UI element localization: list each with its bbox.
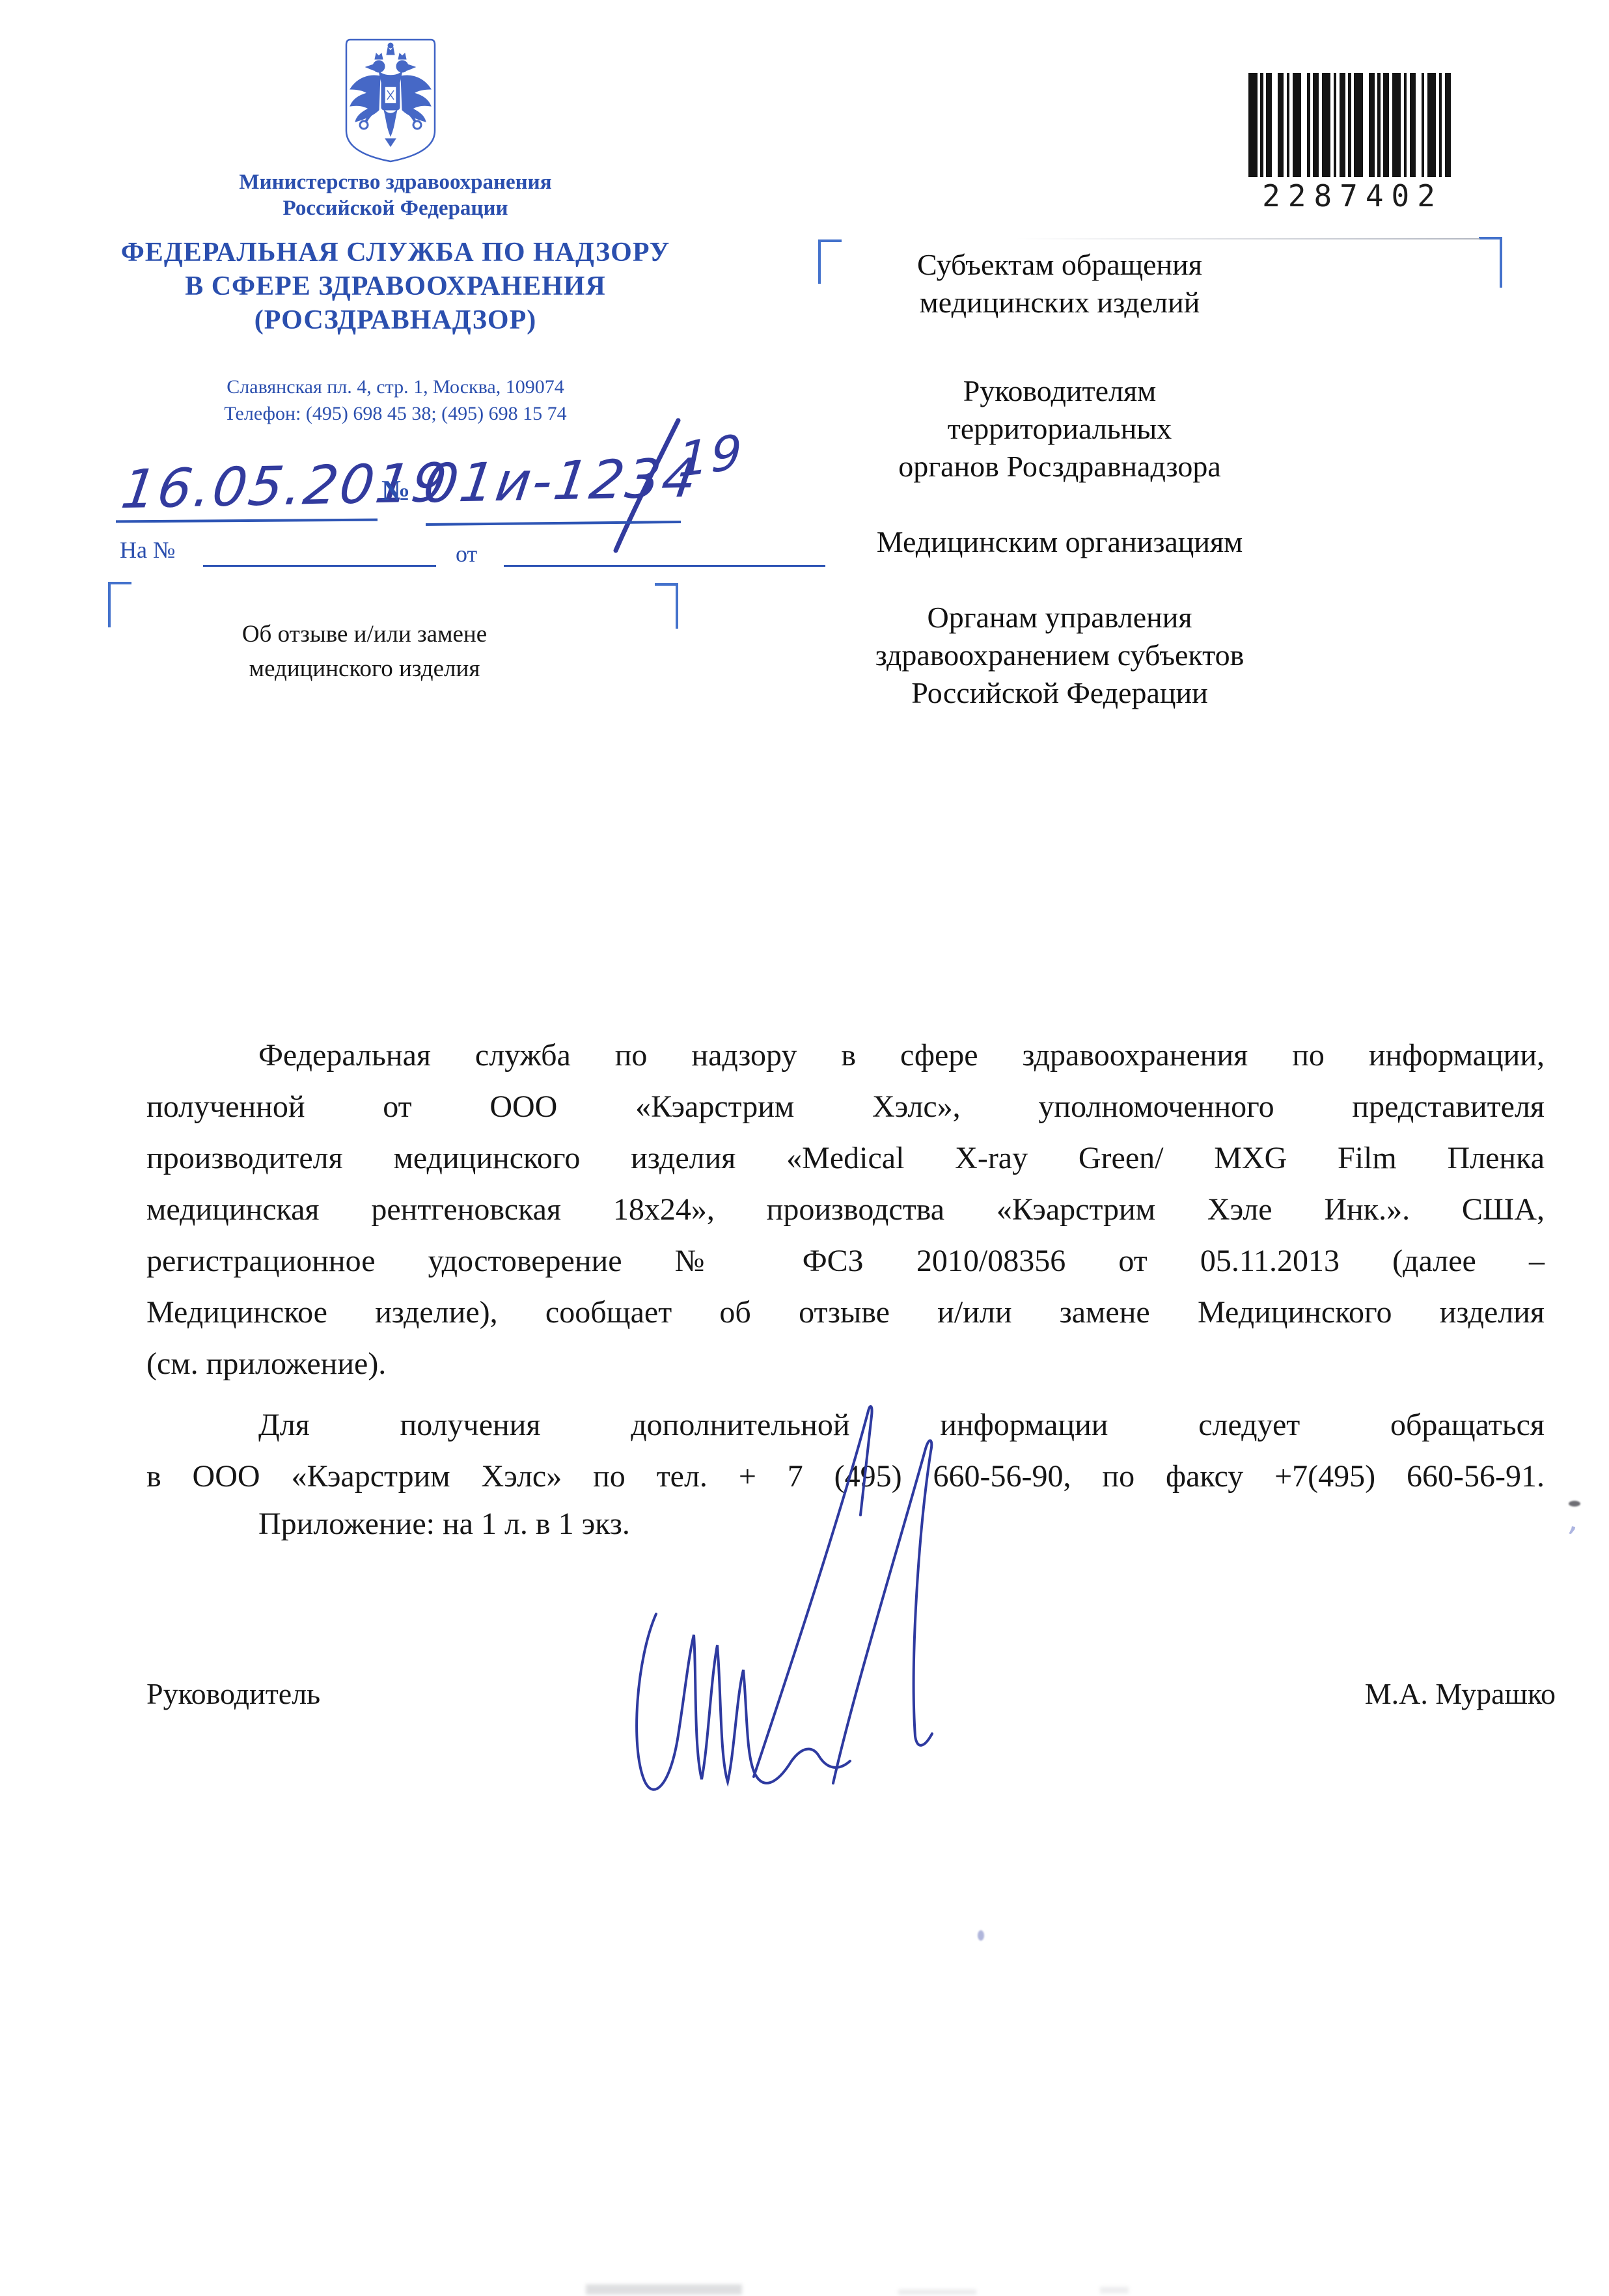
ministry-line-2: Российской Федерации: [98, 195, 693, 221]
ministry-line-1: Министерство здравоохранения: [98, 169, 693, 195]
addressee-line: территориальных: [815, 410, 1304, 448]
subject-zone-corner-left: [108, 582, 131, 627]
addressee-group-medical-organizations: Медицинским организациям: [815, 523, 1304, 561]
reply-number-blank-line: [203, 565, 436, 567]
addressee-line: Руководителям: [815, 372, 1304, 410]
body-line: (см. приложение).: [146, 1338, 1545, 1389]
subject-line-1: Об отзыве и/или замене: [219, 617, 510, 651]
handwritten-signature: [560, 1385, 970, 1814]
scan-fold-line: [1015, 238, 1480, 239]
addressee-line: Медицинским организациям: [815, 523, 1304, 561]
service-line-1: ФЕДЕРАЛЬНАЯ СЛУЖБА ПО НАДЗОРУ: [39, 236, 752, 269]
cutoff-text-smudge: [1100, 2287, 1129, 2293]
reply-to-label: На №: [120, 536, 175, 564]
addressee-zone-corner-right: [1479, 237, 1502, 288]
ink-dot: [978, 1930, 984, 1941]
addressee-line: Органам управления: [815, 599, 1304, 636]
ministry-name: Министерство здравоохранения Российской …: [98, 169, 693, 221]
subject-line-2: медицинского изделия: [219, 651, 510, 686]
addressee-line: медицинских изделий: [815, 284, 1304, 321]
addressee-group-health-authorities: Органам управления здравоохранением субъ…: [815, 599, 1304, 712]
handwritten-slash-stroke: [611, 417, 683, 554]
addressee-line: Субъектам обращения: [815, 246, 1304, 284]
ink-speck: ’: [1561, 1520, 1580, 1560]
letter-subject: Об отзыве и/или замене медицинского изде…: [219, 617, 510, 686]
signer-name: М.А. Мурашко: [1295, 1676, 1556, 1711]
signer-position: Руководитель: [146, 1676, 320, 1711]
letterhead-address: Славянская пл. 4, стр. 1, Москва, 109074: [98, 374, 693, 400]
service-name: ФЕДЕРАЛЬНАЯ СЛУЖБА ПО НАДЗОРУ В СФЕРЕ ЗД…: [39, 236, 752, 337]
reply-date-blank-line: [504, 565, 825, 567]
registration-barcode: [1248, 73, 1457, 177]
reply-from-label: от: [456, 540, 477, 567]
body-line: регистрационное удостоверение № ФСЗ 2010…: [146, 1235, 1545, 1287]
addressee-group-market-subjects: Субъектам обращения медицинских изделий: [815, 246, 1304, 321]
addressee-list: Субъектам обращения медицинских изделий …: [815, 246, 1304, 750]
service-line-2: В СФЕРЕ ЗДРАВООХРАНЕНИЯ: [39, 269, 752, 303]
number-sign: №: [381, 474, 410, 507]
cutoff-text-smudge: [586, 2284, 742, 2295]
body-line: медицинская рентгеновская 18х24», произв…: [146, 1184, 1545, 1235]
barcode-number: 2287402: [1237, 178, 1468, 213]
body-line: производителя медицинского изделия «Medi…: [146, 1132, 1545, 1184]
outgoing-number-suffix-handwritten: 19: [678, 424, 745, 488]
body-line: Медицинское изделие), сообщает об отзыве…: [146, 1287, 1545, 1338]
cutoff-text-smudge: [898, 2289, 976, 2295]
scan-speck: [1569, 1501, 1580, 1507]
body-line: полученной от ООО «Кэарстрим Хэлс», упол…: [146, 1081, 1545, 1132]
body-line: Федеральная служба по надзору в сфере зд…: [146, 1030, 1545, 1081]
addressee-line: Российской Федерации: [815, 674, 1304, 712]
letterhead-phone: Телефон: (495) 698 45 38; (495) 698 15 7…: [98, 400, 693, 427]
body-paragraph-1: Федеральная служба по надзору в сфере зд…: [146, 1030, 1545, 1389]
addressee-group-territorial-heads: Руководителям территориальных органов Ро…: [815, 372, 1304, 485]
letterhead-contacts: Славянская пл. 4, стр. 1, Москва, 109074…: [98, 374, 693, 427]
service-line-3: (РОСЗДРАВНАДЗОР): [39, 303, 752, 337]
russia-coat-of-arms-icon: [341, 35, 440, 167]
subject-zone-corner-right: [655, 583, 678, 629]
scanned-letter-page: Министерство здравоохранения Российской …: [0, 0, 1609, 2296]
addressee-line: органов Росздравнадзора: [815, 448, 1304, 485]
addressee-line: здравоохранением субъектов: [815, 636, 1304, 674]
